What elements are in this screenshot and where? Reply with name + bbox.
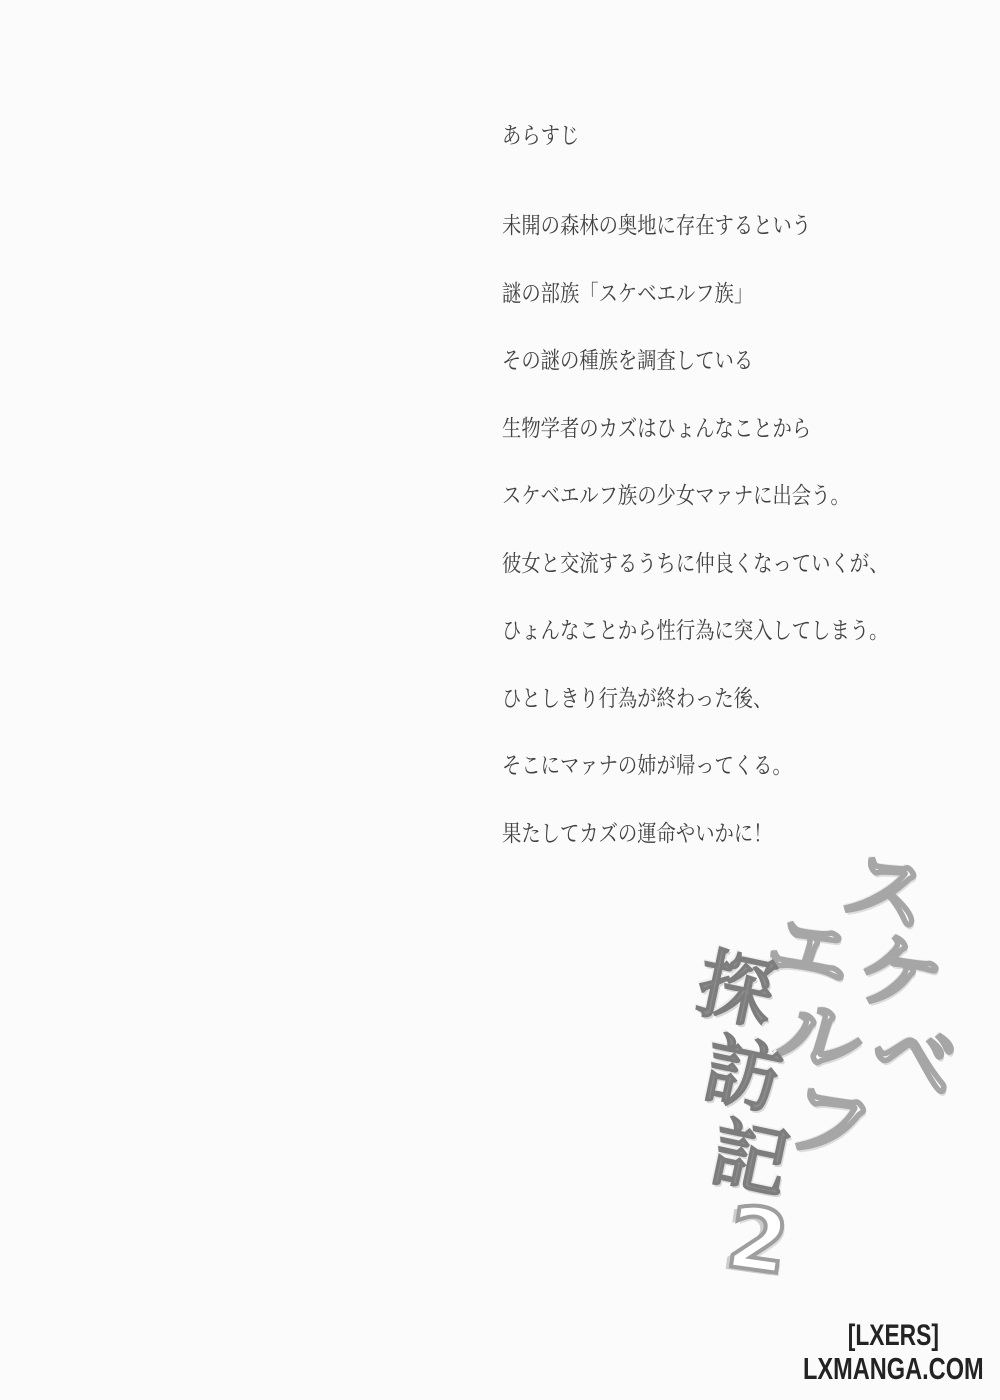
watermark-line1: [LXERS] [803, 1320, 984, 1352]
watermark: [LXERS] LXMANGA.COM [803, 1320, 984, 1386]
manga-synopsis-page: あらすじ 未開の森林の奥地に存在するという 謎の部族「スケベエルフ族」 その謎の… [0, 0, 1000, 1400]
synopsis-line-6: 彼女と交流するうちに仲良くなっていくが、 [502, 552, 888, 576]
synopsis-heading: あらすじ [502, 124, 579, 148]
synopsis-line-3: その謎の種族を調査している [502, 349, 753, 373]
synopsis-line-9: そこにマァナの姉が帰ってくる。 [502, 754, 792, 778]
synopsis-line-8: ひとしきり行為が終わった後、 [502, 687, 772, 711]
synopsis-line-10: 果たしてカズの運命やいかに！ [502, 822, 772, 846]
synopsis-line-1: 未開の森林の奥地に存在するという [502, 214, 811, 238]
logo-volume-number: 2 [722, 1194, 793, 1287]
synopsis-line-2: 謎の部族「スケベエルフ族」 [502, 282, 753, 306]
synopsis-line-7: ひょんなことから性行為に突入してしまう。 [502, 619, 888, 643]
synopsis-line-5: スケベエルフ族の少女マァナに出会う。 [502, 484, 850, 508]
logo-glyph-bou: 訪 [698, 1030, 788, 1120]
synopsis-line-4: 生物学者のカズはひょんなことから [502, 417, 811, 441]
logo-glyph-tan: 探 [691, 945, 781, 1035]
watermark-line2: LXMANGA.COM [803, 1352, 984, 1385]
